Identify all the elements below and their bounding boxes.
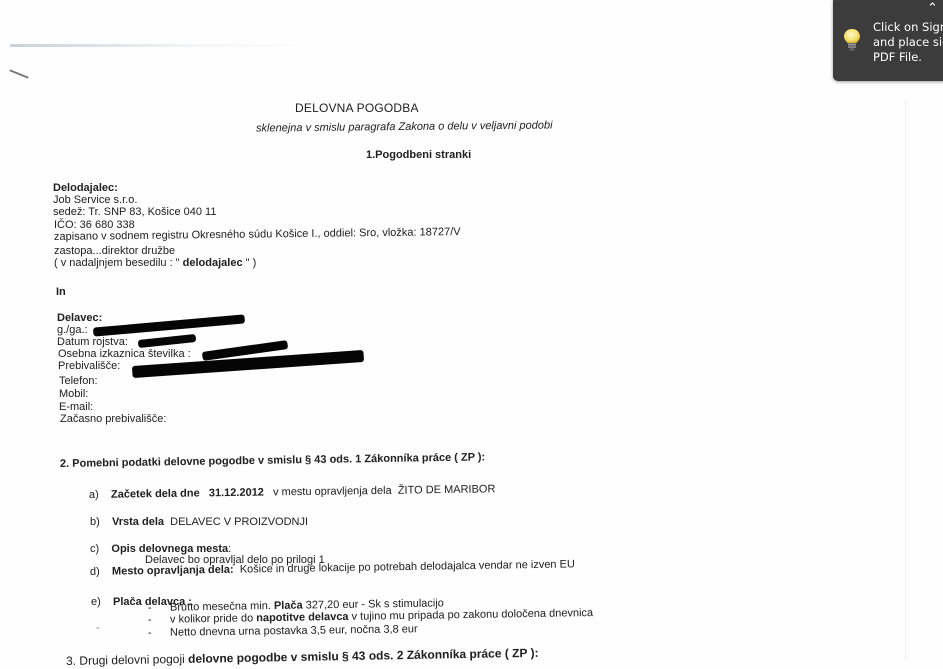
sign-tooltip: ⌃ Click on Sign and place sig PDF File.: [833, 0, 943, 81]
scan-artifact-line: [905, 100, 906, 660]
employee-id-label: Osebna izkaznica številka :: [58, 348, 191, 360]
employer-address: sedež: Tr. SNP 83, Košice 040 11: [53, 206, 216, 218]
item-b: b) Vrsta dela DELAVEC V PROIZVODNJI: [90, 516, 308, 528]
employer-representative: zastopa...direktor družbe: [54, 245, 175, 257]
section-1-heading: 1.Pogodbeni stranki: [366, 149, 471, 161]
scan-artifact-mark: [9, 69, 28, 78]
section-2-heading: 2. Pomebni podatki delovne pogodbe v smi…: [60, 451, 485, 470]
alias-prefix: ( v nadaljnjem besedilu : ": [54, 257, 180, 269]
employee-name-label: g./ga.:: [57, 324, 88, 336]
conjunction-in: In: [56, 286, 66, 298]
employee-residence-label: Prebivališče:: [58, 360, 120, 372]
employer-heading: Delodajalec:: [53, 182, 118, 194]
lightbulb-icon: [842, 28, 862, 52]
employee-birthdate-label: Datum rojstva:: [57, 336, 128, 348]
scanned-document-page: DELOVNA POGODBA sklenejna v smislu parag…: [0, 0, 943, 669]
item-a: a) Začetek dela dne 31.12.2012 v mestu o…: [89, 483, 496, 501]
employee-email-label: E-mail:: [59, 401, 93, 413]
scan-artifact-streak: [10, 44, 310, 47]
alias-name: delodajalec: [180, 257, 246, 269]
employee-mobile-label: Mobil:: [59, 388, 88, 400]
employee-temp-residence-label: Začasno prebivališče:: [60, 413, 166, 425]
document-subtitle: sklenejna v smislu paragrafa Zakona o de…: [256, 119, 553, 134]
pay-bullet-3: - Netto dnevna urna postavka 3,5 eur, no…: [148, 623, 418, 639]
tooltip-message: Click on Sign and place sig PDF File.: [873, 20, 943, 65]
section-3-heading: 3. Drugi delovni pogoji delovne pogodbe …: [66, 647, 539, 667]
redaction-name: [93, 314, 245, 336]
document-title: DELOVNA POGODBA: [295, 102, 419, 114]
scan-artifact-dash: -: [96, 622, 100, 634]
employer-name: Job Service s.r.o.: [53, 194, 137, 206]
employer-alias: ( v nadaljnjem besedilu : " delodajalec …: [54, 257, 256, 269]
alias-suffix: " ): [246, 257, 257, 269]
chevron-up-icon[interactable]: ⌃: [927, 2, 938, 15]
redaction-birthdate: [138, 334, 197, 348]
employee-phone-label: Telefon:: [59, 375, 98, 387]
employee-heading: Delavec:: [57, 312, 102, 324]
